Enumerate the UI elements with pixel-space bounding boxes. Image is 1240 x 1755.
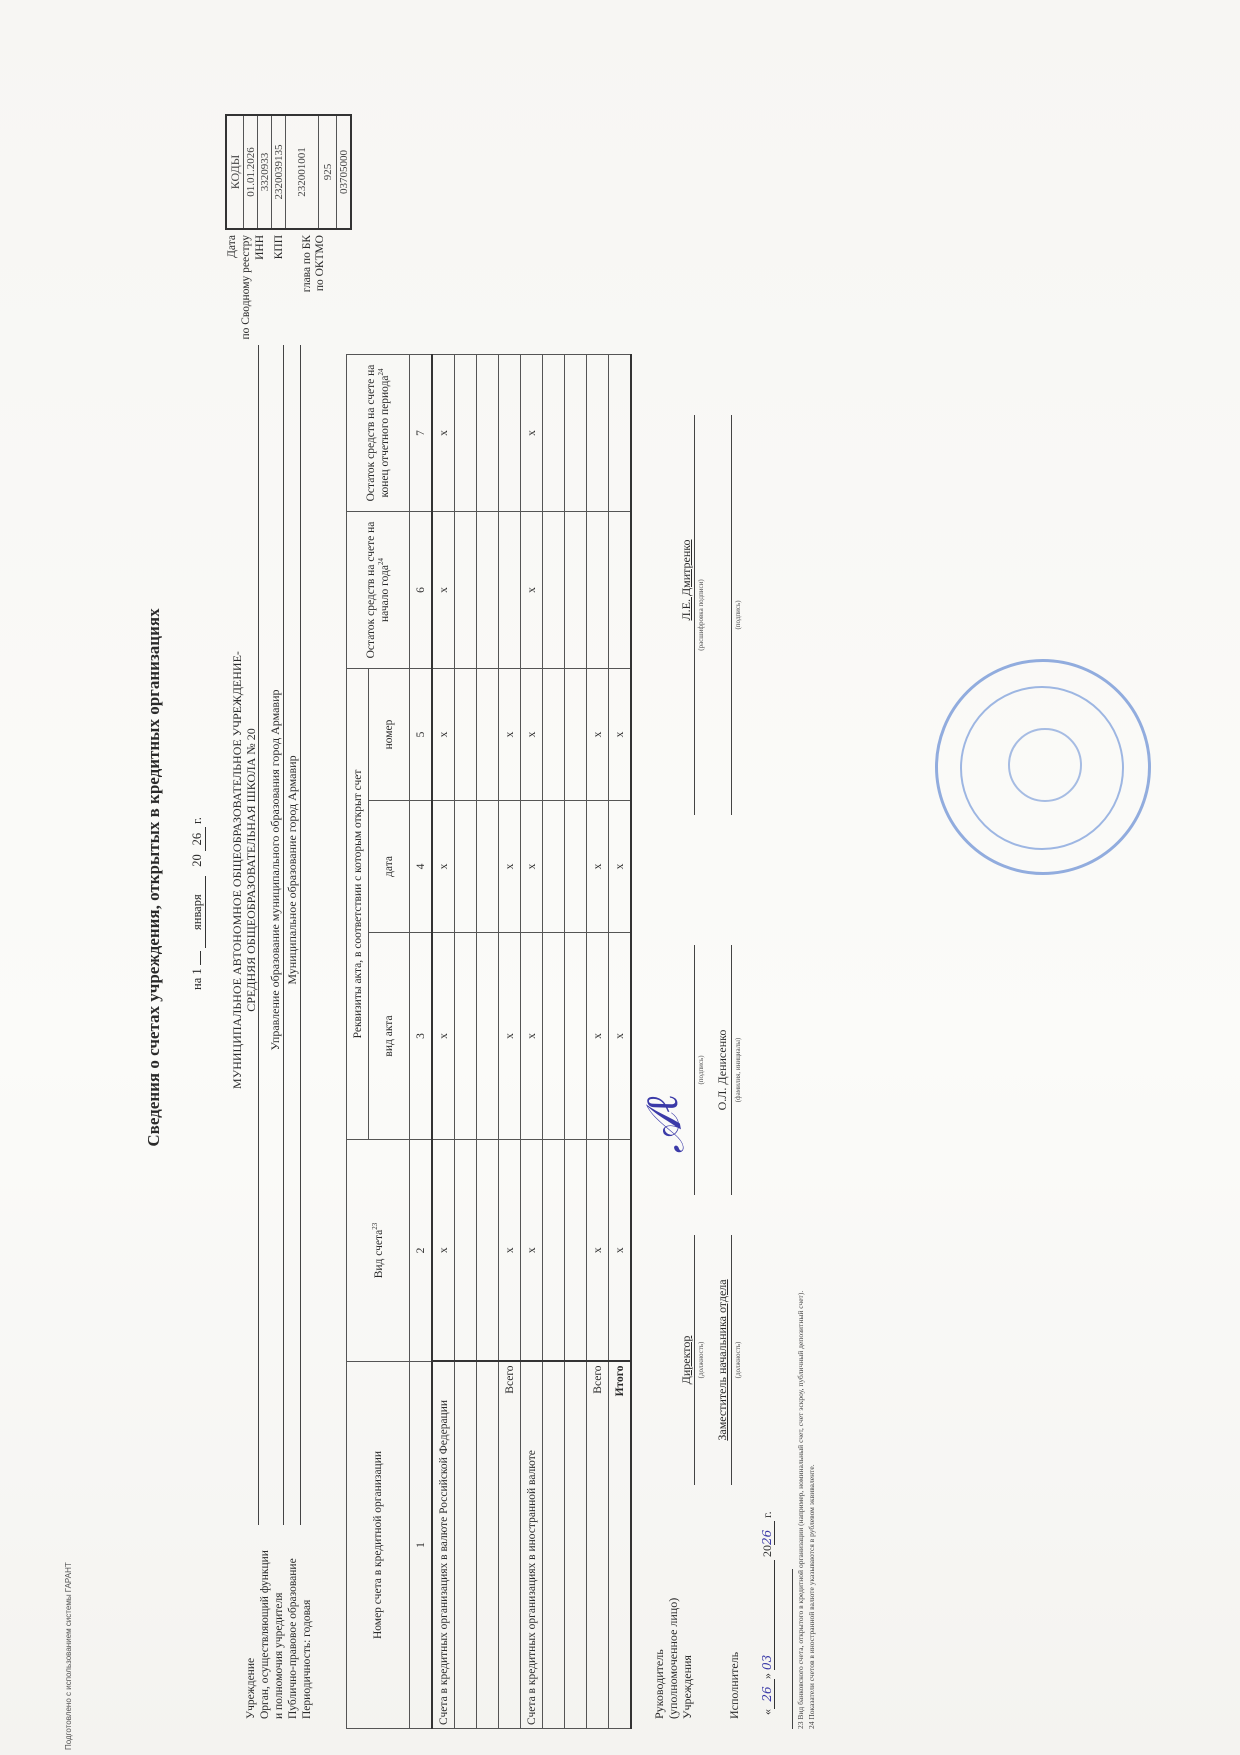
code-oktmo: 03705000	[337, 115, 352, 229]
report-date-year-prefix: 20	[190, 854, 204, 867]
code-date: 01.01.2026	[244, 115, 258, 229]
codes-label-inn: ИНН	[254, 235, 266, 405]
table-row: Итого x x x x	[609, 355, 632, 1729]
head-name: Л.Е. Дмитренко	[679, 415, 694, 745]
head-signature-line	[694, 945, 695, 1195]
cell	[455, 669, 477, 801]
executor-signature-line	[731, 415, 732, 815]
ppo-value: Муниципальное образование город Армавир	[285, 345, 300, 1395]
signing-date-year: 26	[760, 1521, 775, 1545]
cell	[565, 933, 587, 1140]
cell: x	[432, 801, 455, 933]
header-act-type: вид акта	[369, 933, 410, 1140]
cell	[543, 355, 565, 512]
organ-value: Управление образование муниципального об…	[268, 345, 283, 1395]
row-label	[543, 1362, 565, 1729]
accounts-table: Номер счета в кредитной организации Вид …	[346, 354, 632, 1729]
cell	[477, 669, 499, 801]
code-registry: 3320933	[258, 115, 272, 229]
cell	[455, 933, 477, 1140]
cell	[477, 355, 499, 512]
codes-label-registry: по Сводному реестру	[240, 235, 252, 405]
cell	[543, 669, 565, 801]
head-label-3: Учреждения	[680, 1655, 694, 1719]
cell: x	[432, 1140, 455, 1362]
header-balance-end-text: Остаток средств на счете на конец отчетн…	[365, 365, 391, 502]
colnum-7: 7	[410, 355, 433, 512]
table-row	[477, 355, 499, 1729]
signing-date-month: 03	[760, 1560, 775, 1670]
codes-label-date: Дата	[226, 235, 238, 405]
ppo-underline	[300, 345, 301, 1525]
cell	[565, 512, 587, 669]
cell: x	[587, 801, 609, 933]
cell	[609, 512, 632, 669]
cell: x	[609, 933, 632, 1140]
executor-position-line	[731, 1235, 732, 1485]
table-row: Счета в кредитных организациях в иностра…	[521, 355, 543, 1729]
head-label-1: Руководитель	[652, 1649, 666, 1719]
head-position-caption: (должность)	[697, 1235, 705, 1485]
cell: x	[521, 355, 543, 512]
cell	[587, 355, 609, 512]
cell: x	[587, 669, 609, 801]
row-label-total-foreign: Всего	[587, 1362, 609, 1729]
cell	[609, 355, 632, 512]
cell: x	[499, 801, 521, 933]
footnote-23: 23 Вид банковского счета, открытого в кр…	[796, 1291, 805, 1729]
executor-position: Заместитель начальника отдела	[715, 1235, 730, 1485]
head-signature-caption: (подпись)	[697, 945, 705, 1195]
code-inn: 2320039135	[272, 115, 286, 229]
footnote-24: 24 Показатели счетов в иностранной валют…	[807, 1464, 816, 1729]
footnote-separator	[792, 1569, 793, 1729]
cell	[565, 669, 587, 801]
head-position-line	[694, 1235, 695, 1485]
prepared-note: Подготовлено с использованием системы ГА…	[64, 1562, 73, 1750]
header-act-date: дата	[369, 801, 410, 933]
signing-date-suffix: г.	[760, 1511, 774, 1518]
report-date-year: 26	[190, 827, 206, 851]
header-account-number: Номер счета в кредитной организации	[347, 1362, 410, 1729]
cell: x	[587, 933, 609, 1140]
codes-table: КОДЫ 01.01.2026 3320933 2320039135 23200…	[225, 114, 352, 230]
cell	[477, 801, 499, 933]
executor-name: О.Л. Денисенко	[715, 945, 730, 1195]
cell: x	[499, 669, 521, 801]
cell	[543, 933, 565, 1140]
signing-date: «26» 03 2026 г.	[760, 1511, 775, 1715]
head-name-caption: (расшифровка подписи)	[697, 415, 705, 815]
cell	[543, 801, 565, 933]
header-account-type-text: Вид счета	[373, 1230, 385, 1279]
head-signature-ink: 𝒜ℓ	[636, 1092, 695, 1158]
report-date: на 1 января 20 26 г.	[190, 817, 206, 990]
cell	[477, 512, 499, 669]
stamp-emblem	[1008, 728, 1082, 802]
cell: x	[432, 355, 455, 512]
row-label-rub-accounts: Счета в кредитных организациях в валюте …	[432, 1362, 455, 1729]
code-bk: 925	[319, 115, 337, 229]
executor-position-caption: (должность)	[734, 1235, 742, 1485]
scanned-document-page: Подготовлено с использованием системы ГА…	[0, 0, 1240, 1755]
cell: x	[432, 933, 455, 1140]
cell	[499, 512, 521, 669]
table-row: Всего x x x x	[587, 355, 609, 1729]
colnum-6: 6	[410, 512, 433, 669]
document-title: Сведения о счетах учреждения, открытых в…	[144, 0, 164, 1755]
header-balance-start: Остаток средств на счете на начало года2…	[347, 512, 410, 669]
cell	[543, 512, 565, 669]
cell	[587, 512, 609, 669]
executor-label: Исполнитель	[727, 1652, 741, 1719]
cell: x	[432, 512, 455, 669]
cell	[455, 512, 477, 669]
header-act-number: номер	[369, 669, 410, 801]
cell: x	[521, 512, 543, 669]
signing-date-year-prefix: 20	[760, 1545, 774, 1557]
colnum-4: 4	[410, 801, 433, 933]
table-row	[565, 355, 587, 1729]
institution-underline	[258, 345, 259, 1525]
colnum-3: 3	[410, 933, 433, 1140]
cell: x	[499, 933, 521, 1140]
cell	[499, 355, 521, 512]
row-label-foreign-accounts: Счета в кредитных организациях в иностра…	[521, 1362, 543, 1729]
report-date-suffix: г.	[190, 817, 204, 824]
head-label-2: (уполномоченное лицо)	[666, 1598, 680, 1719]
header-balance-start-text: Остаток средств на счете на начало года	[365, 522, 391, 659]
table-row: Счета в кредитных организациях в валюте …	[432, 355, 455, 1729]
official-stamp	[935, 659, 1151, 875]
footnote-ref-24a: 24	[377, 558, 385, 565]
cell	[455, 1140, 477, 1362]
colnum-1: 1	[410, 1362, 433, 1729]
cell: x	[521, 801, 543, 933]
periodicity-label: Периодичность: годовая	[300, 1600, 314, 1719]
ppo-label: Публично-правовое образование	[286, 1558, 300, 1719]
codes-label-bk: глава по БК	[301, 235, 313, 405]
organ-label-2: и полномочия учредителя	[272, 1593, 286, 1719]
header-act-details: Реквизиты акта, в соответствии с которым…	[347, 669, 369, 1140]
institution-label: Учреждение	[244, 1658, 258, 1719]
organ-underline	[283, 345, 284, 1525]
cell	[455, 801, 477, 933]
cell: x	[609, 669, 632, 801]
header-balance-end: Остаток средств на счете на конец отчетн…	[347, 355, 410, 512]
row-label	[455, 1362, 477, 1729]
header-account-type: Вид счета23	[347, 1140, 410, 1362]
executor-name-caption: (фамилия, инициалы)	[734, 945, 742, 1195]
cell: x	[587, 1140, 609, 1362]
organ-label-1: Орган, осуществляющий функции	[258, 1550, 272, 1719]
row-label	[477, 1362, 499, 1729]
code-kpp: 232001001	[286, 115, 319, 229]
cell	[565, 355, 587, 512]
row-label-total-rub: Всего	[499, 1362, 521, 1729]
cell	[543, 1140, 565, 1362]
cell: x	[609, 1140, 632, 1362]
cell: x	[432, 669, 455, 801]
executor-name-line	[731, 945, 732, 1195]
institution-value-line2: СРЕДНЯЯ ОБЩЕОБРАЗОВАТЕЛЬНАЯ ШКОЛА № 20	[244, 345, 259, 1395]
executor-signature-caption: (подпись)	[734, 415, 742, 815]
codes-label-kpp: КПП	[273, 235, 285, 405]
cell	[565, 1140, 587, 1362]
head-position: Директор	[679, 1235, 694, 1485]
footnote-ref-23: 23	[371, 1223, 379, 1230]
codes-label-oktmo: по ОКТМО	[314, 235, 326, 405]
cell: x	[521, 1140, 543, 1362]
cell: x	[609, 801, 632, 933]
cell: x	[499, 1140, 521, 1362]
report-date-prefix: на 1	[190, 968, 204, 990]
colnum-5: 5	[410, 669, 433, 801]
signing-date-day: 26	[760, 1679, 775, 1709]
footnote-ref-24b: 24	[377, 368, 385, 375]
codes-header: КОДЫ	[226, 115, 244, 229]
cell	[565, 801, 587, 933]
row-label	[565, 1362, 587, 1729]
cell	[455, 355, 477, 512]
table-row	[455, 355, 477, 1729]
table-row	[543, 355, 565, 1729]
head-name-line	[694, 415, 695, 815]
cell: x	[521, 669, 543, 801]
report-date-month: января	[190, 876, 206, 948]
table-row: Всего x x x x	[499, 355, 521, 1729]
institution-value-line1: МУНИЦИПАЛЬНОЕ АВТОНОМНОЕ ОБЩЕОБРАЗОВАТЕЛ…	[230, 345, 245, 1395]
cell: x	[521, 933, 543, 1140]
cell	[477, 1140, 499, 1362]
cell	[477, 933, 499, 1140]
colnum-2: 2	[410, 1140, 433, 1362]
row-label-grand-total: Итого	[609, 1362, 632, 1729]
